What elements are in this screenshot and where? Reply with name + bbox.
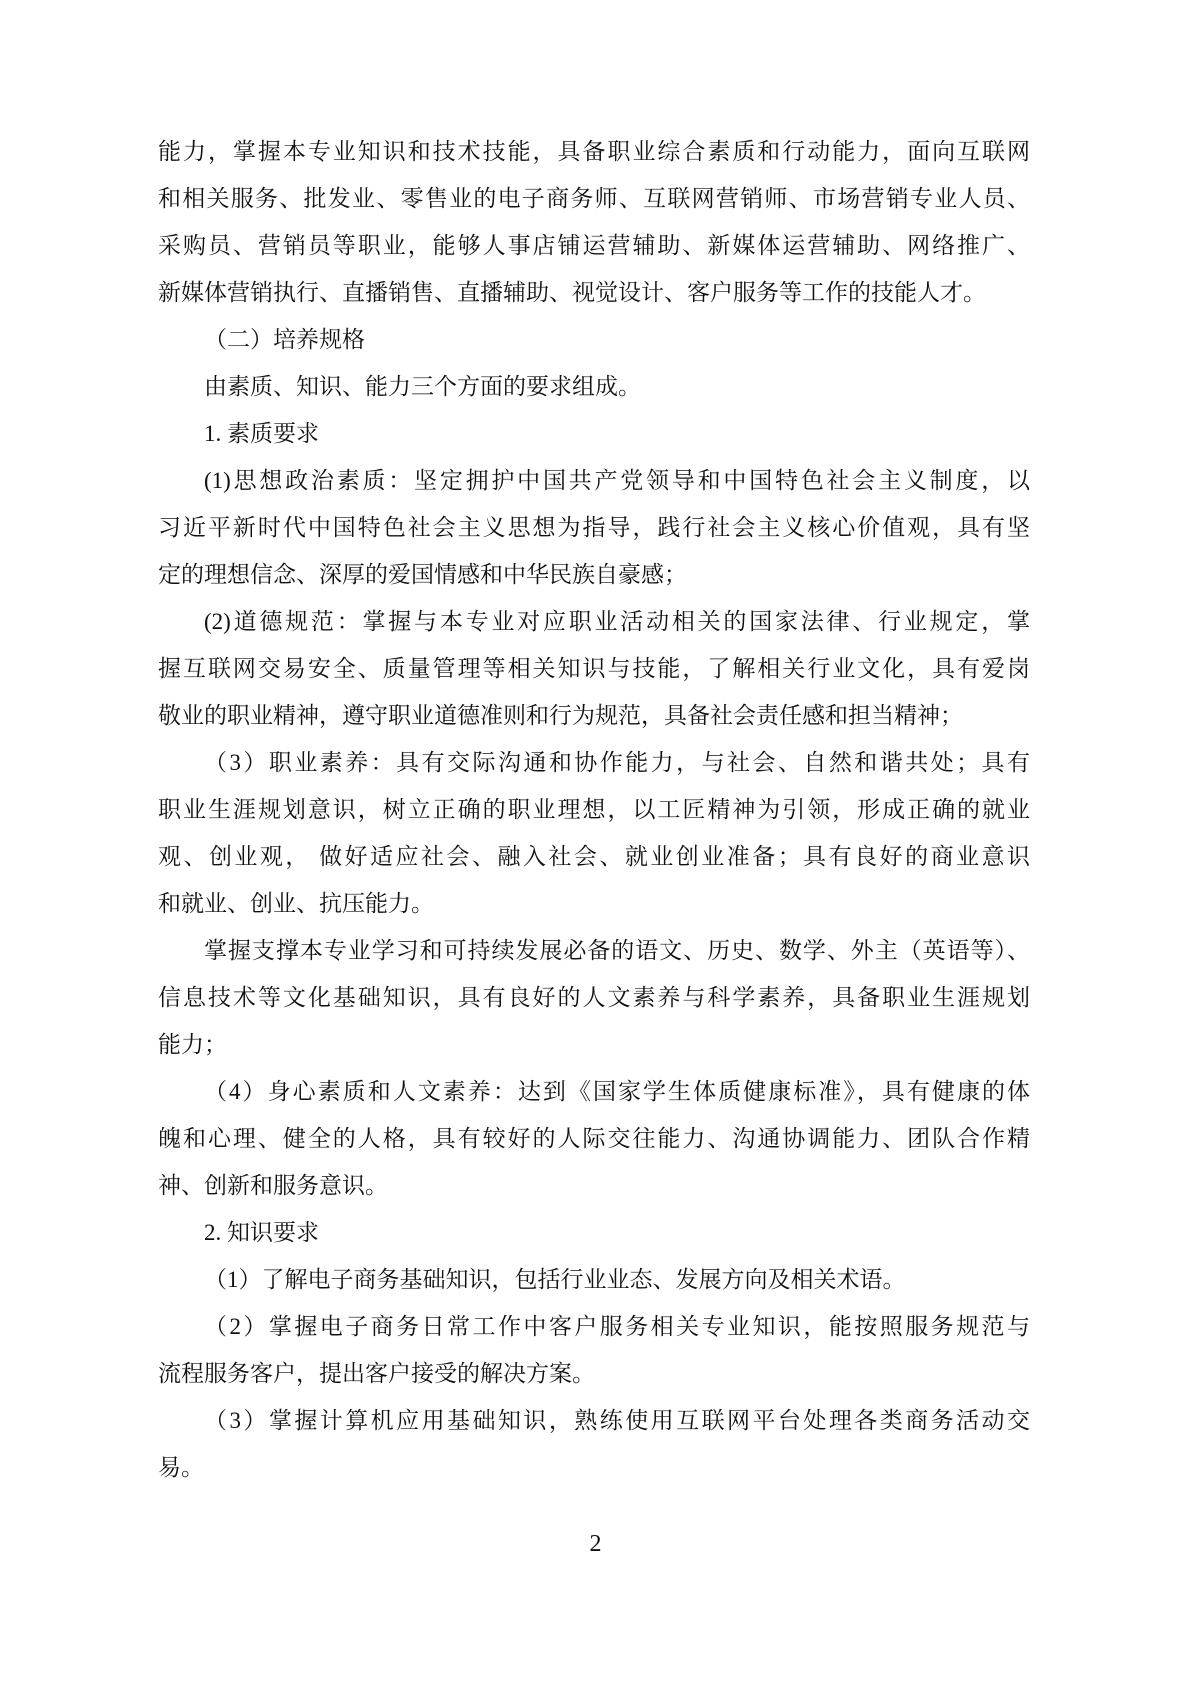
- text-line: (1)思想政治素质：坚定拥护中国共产党领导和中国特色社会主义制度，以: [158, 457, 1030, 504]
- text-line: 流程服务客户，提出客户接受的解决方案。: [158, 1350, 1030, 1397]
- text-line: （1）了解电子商务基础知识，包括行业业态、发展方向及相关术语。: [158, 1256, 1030, 1303]
- text-line: 能力；: [158, 1021, 1030, 1068]
- text-line: 能力，掌握本专业知识和技术技能，具备职业综合素质和行动能力，面向互联网: [158, 128, 1030, 175]
- document-page: 能力，掌握本专业知识和技术技能，具备职业综合素质和行动能力，面向互联网 和相关服…: [0, 0, 1191, 1684]
- text-line: 新媒体营销执行、直播销售、直播辅助、视觉设计、客户服务等工作的技能人才。: [158, 269, 1030, 316]
- text-line: 信息技术等文化基础知识，具有良好的人文素养与科学素养，具备职业生涯规划: [158, 974, 1030, 1021]
- text-line: 握互联网交易安全、质量管理等相关知识与技能，了解相关行业文化，具有爱岗: [158, 645, 1030, 692]
- text-line: 掌握支撑本专业学习和可持续发展必备的语文、历史、数学、外主（英语等）、: [158, 927, 1030, 974]
- text-line: 由素质、知识、能力三个方面的要求组成。: [158, 363, 1030, 410]
- text-line: 观、创业观， 做好适应社会、融入社会、就业创业准备；具有良好的商业意识: [158, 833, 1030, 880]
- subsection-heading-line: 1. 素质要求: [158, 410, 1030, 457]
- text-line: 定的理想信念、深厚的爱国情感和中华民族自豪感；: [158, 551, 1030, 598]
- text-line: 魄和心理、健全的人格，具有较好的人际交往能力、沟通协调能力、团队合作精: [158, 1115, 1030, 1162]
- document-body: 能力，掌握本专业知识和技术技能，具备职业综合素质和行动能力，面向互联网 和相关服…: [158, 128, 1030, 1491]
- text-line: （2）掌握电子商务日常工作中客户服务相关专业知识，能按照服务规范与: [158, 1303, 1030, 1350]
- text-line: 和相关服务、批发业、零售业的电子商务师、互联网营销师、市场营销专业人员、: [158, 175, 1030, 222]
- text-line: 习近平新时代中国特色社会主义思想为指导，践行社会主义核心价值观，具有坚: [158, 504, 1030, 551]
- page-footer: 2: [0, 1528, 1191, 1560]
- text-line: 职业生涯规划意识，树立正确的职业理想，以工匠精神为引领，形成正确的就业: [158, 786, 1030, 833]
- section-heading-line: （二）培养规格: [158, 316, 1030, 363]
- text-line: 采购员、营销员等职业，能够人事店铺运营辅助、新媒体运营辅助、网络推广、: [158, 222, 1030, 269]
- text-line: （3）职业素养：具有交际沟通和协作能力，与社会、自然和谐共处；具有: [158, 739, 1030, 786]
- text-line: 和就业、创业、抗压能力。: [158, 880, 1030, 927]
- text-line: 神、创新和服务意识。: [158, 1162, 1030, 1209]
- text-line: （4）身心素质和人文素养：达到《国家学生体质健康标准》，具有健康的体: [158, 1068, 1030, 1115]
- text-line: 易。: [158, 1444, 1030, 1491]
- subsection-heading-line: 2. 知识要求: [158, 1209, 1030, 1256]
- page-number: 2: [590, 1531, 602, 1557]
- text-line: (2)道德规范：掌握与本专业对应职业活动相关的国家法律、行业规定，掌: [158, 598, 1030, 645]
- text-line: 敬业的职业精神，遵守职业道德准则和行为规范，具备社会责任感和担当精神；: [158, 692, 1030, 739]
- text-line: （3）掌握计算机应用基础知识，熟练使用互联网平台处理各类商务活动交: [158, 1397, 1030, 1444]
